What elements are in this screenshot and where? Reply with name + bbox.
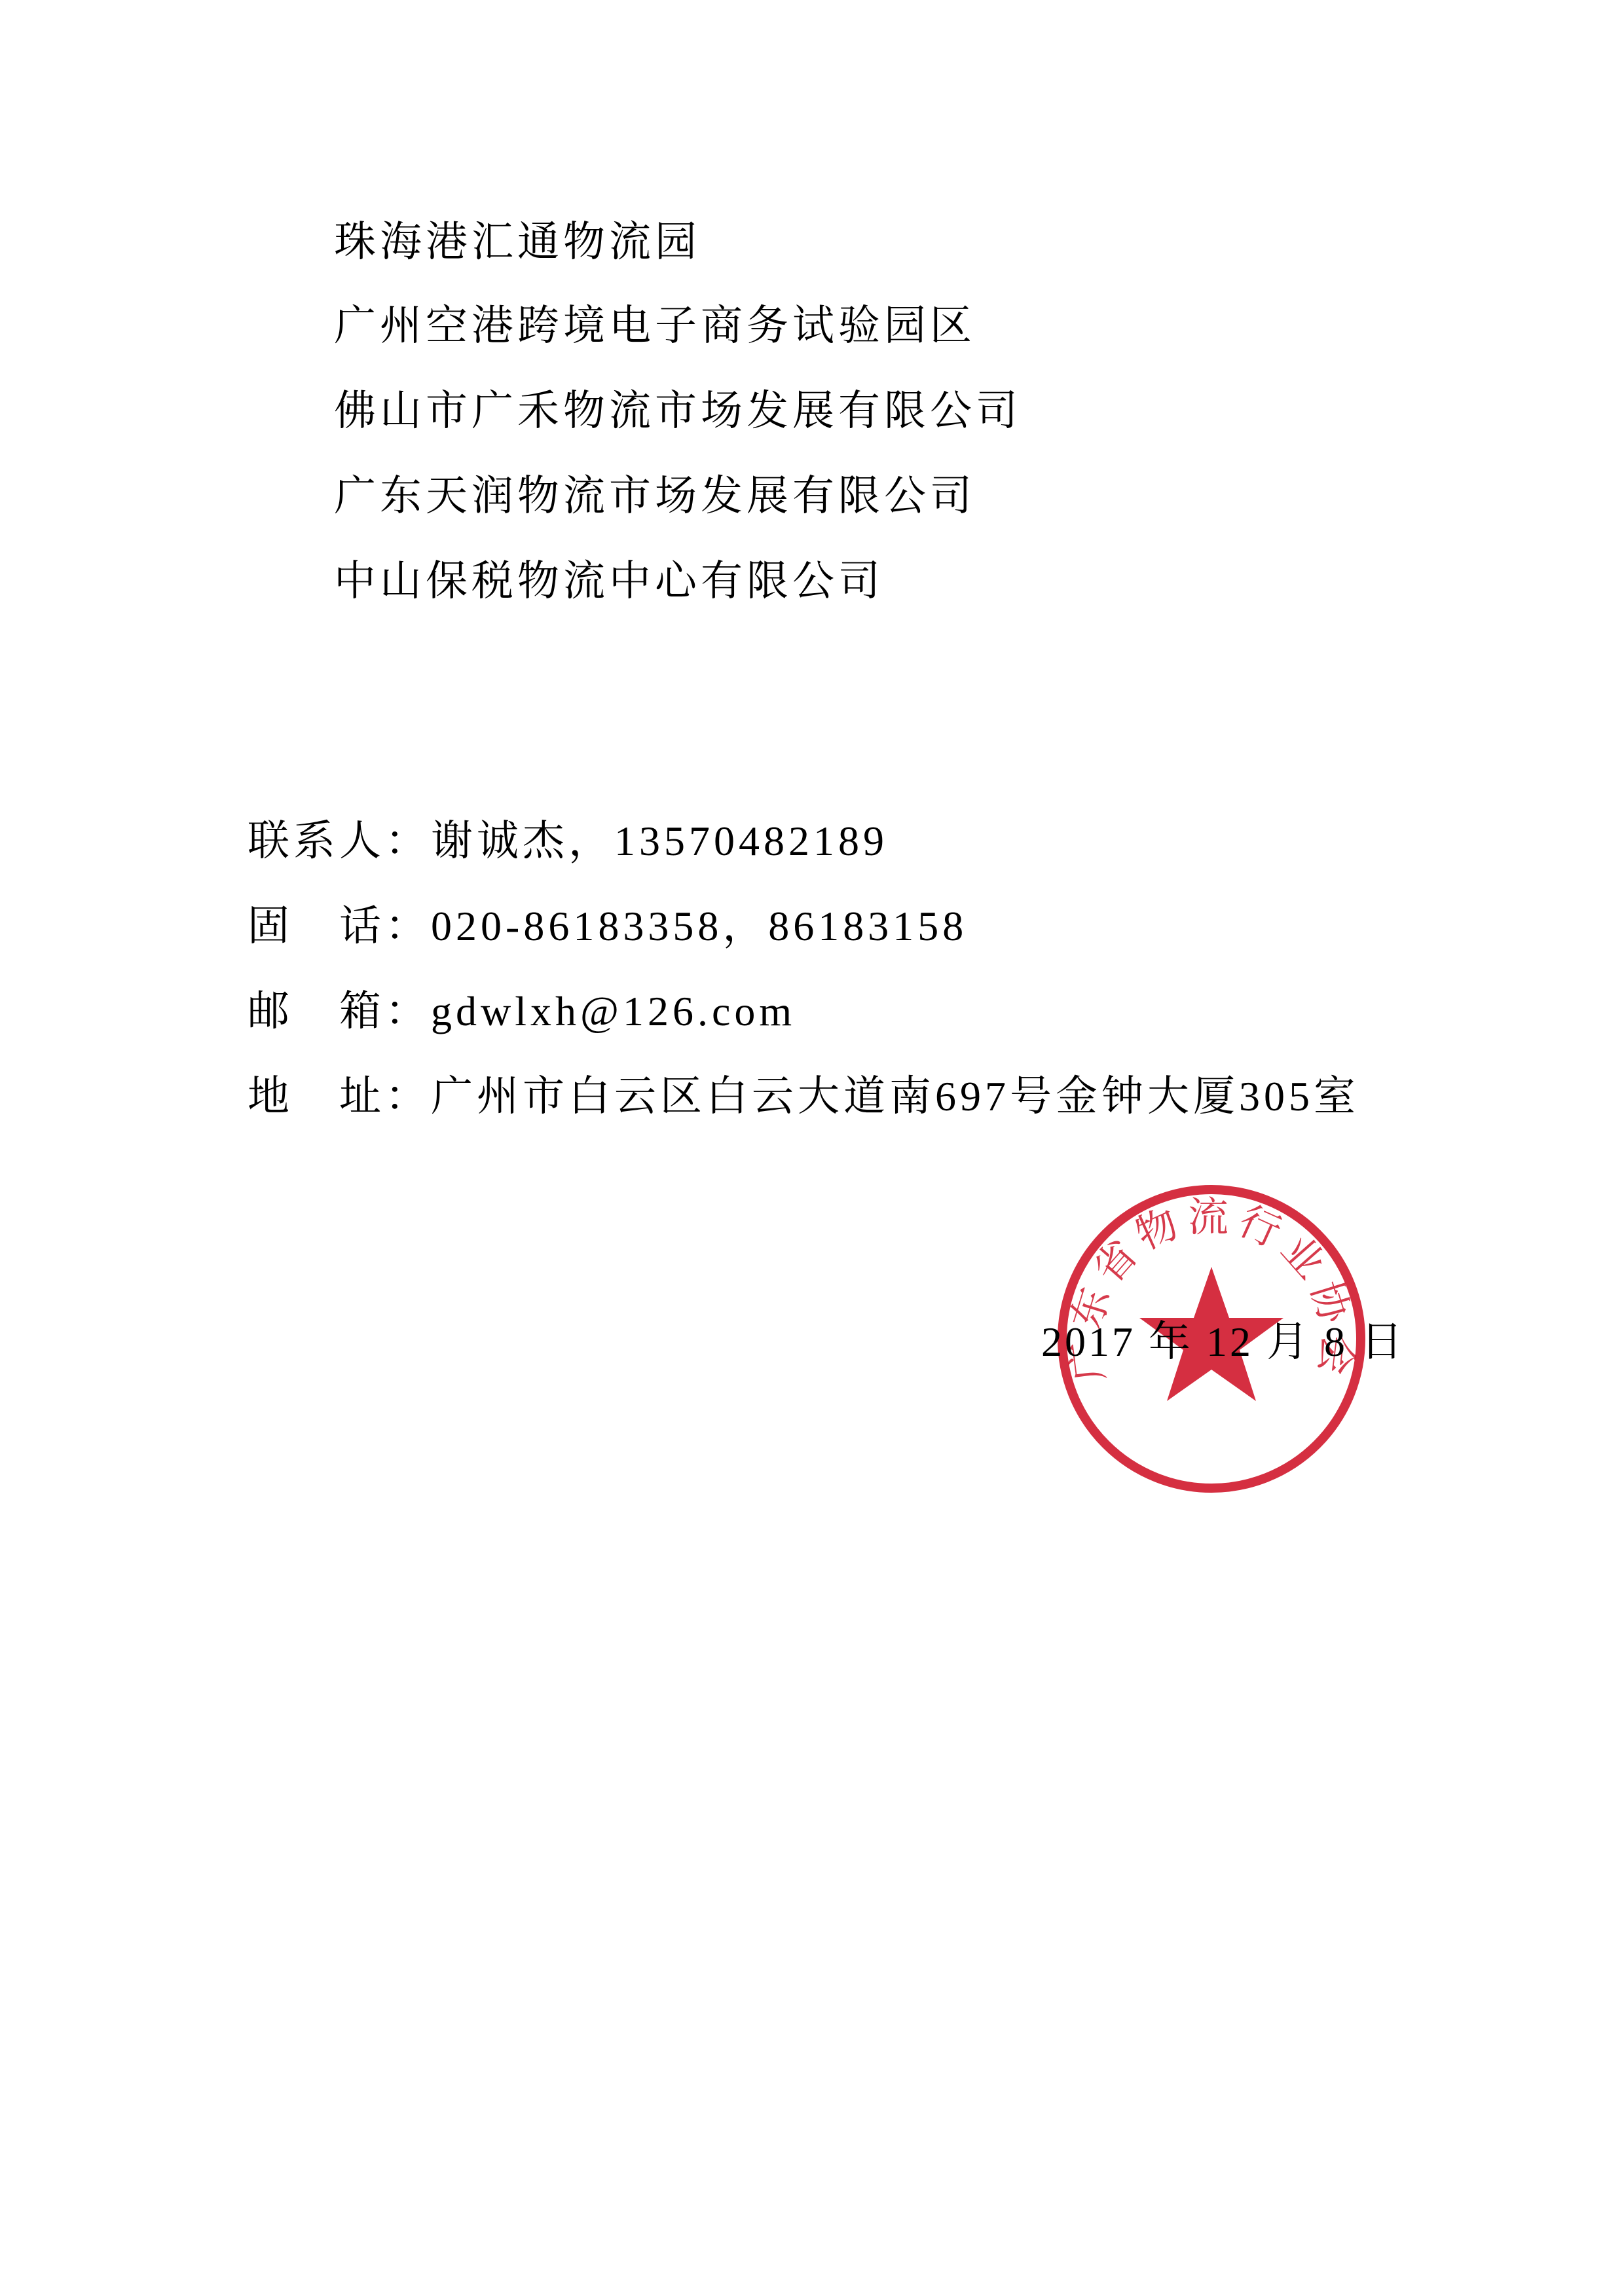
organization-item: 中山保税物流中心有限公司 [334,555,884,608]
document-date: 2017 年 12 月 8 日 [1041,1316,1405,1368]
contact-email-value[interactable]: gdwlxh@126.com [431,988,796,1034]
contact-address-value: 广州市白云区白云大道南697号金钟大厦305室 [431,1073,1359,1120]
organization-item: 珠海港汇通物流园 [334,216,701,268]
contact-person-value: 谢诚杰，13570482189 [431,818,888,864]
contact-phone-value: 020-86183358，86183158 [431,903,967,949]
contact-email-label: 邮 箱： [248,985,431,1038]
contact-phone: 固 话：020-86183358，86183158 [248,900,967,953]
contact-email: 邮 箱：gdwlxh@126.com [248,985,796,1038]
contact-person: 联系人：谢诚杰，13570482189 [248,815,888,867]
contact-person-label: 联系人： [248,815,431,867]
contact-phone-label: 固 话： [248,900,431,953]
organization-item: 佛山市广禾物流市场发展有限公司 [334,385,1022,437]
organization-item: 广东天润物流市场发展有限公司 [334,470,976,522]
contact-address-label: 地 址： [248,1070,431,1123]
contact-address: 地 址：广州市白云区白云大道南697号金钟大厦305室 [248,1070,1359,1123]
organization-item: 广州空港跨境电子商务试验园区 [334,300,976,352]
